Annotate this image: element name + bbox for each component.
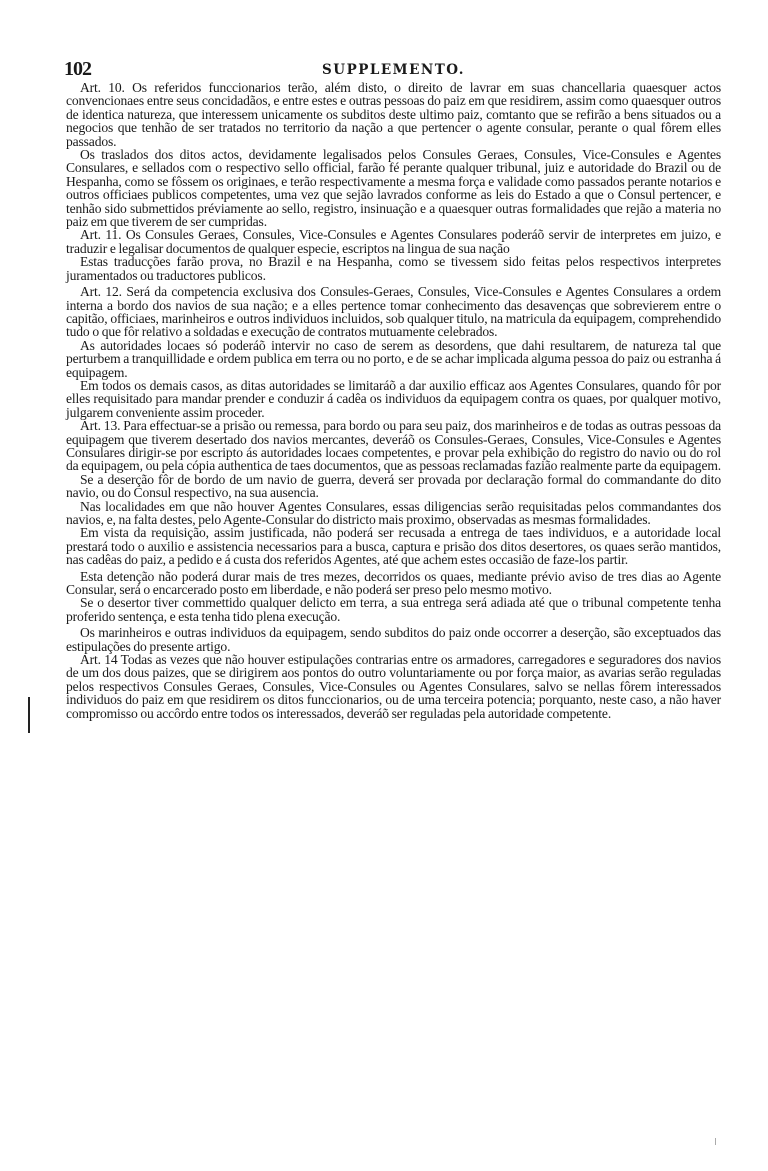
paragraph-marinheiros-subditos: Os marinheiros e outras individuos da eq… — [66, 626, 721, 653]
paragraph-traducoes: Estas traducções farão prova, no Brazil … — [66, 255, 721, 282]
scan-speck — [715, 1138, 716, 1145]
document-page: 102 SUPPLEMENTO. Art. 10. Os referidos f… — [66, 58, 721, 720]
page-header: 102 SUPPLEMENTO. — [66, 58, 721, 80]
paragraph-art-10: Art. 10. Os referidos funccionarios terã… — [66, 81, 721, 148]
margin-mark — [28, 697, 30, 733]
paragraph-localidades: Nas localidades em que não houver Agente… — [66, 500, 721, 527]
paragraph-autoridades-locaes: As autoridades locaes só poderáõ intervi… — [66, 339, 721, 379]
paragraph-demais-casos: Em todos os demais casos, as ditas autor… — [66, 379, 721, 419]
paragraph-art-11: Art. 11. Os Consules Geraes, Consules, V… — [66, 228, 721, 255]
paragraph-detencao: Esta detenção não poderá durar mais de t… — [66, 570, 721, 597]
running-title: SUPPLEMENTO. — [66, 62, 721, 78]
paragraph-art-12: Art. 12. Será da competencia exclusiva d… — [66, 285, 721, 339]
paragraph-desercao-guerra: Se a deserção fôr de bordo de um navio d… — [66, 473, 721, 500]
page-body: Art. 10. Os referidos funccionarios terã… — [66, 81, 721, 720]
paragraph-traslados: Os traslados dos ditos actos, devidament… — [66, 148, 721, 228]
paragraph-requisicao: Em vista da requisição, assim justificad… — [66, 526, 721, 566]
paragraph-art-14: Art. 14 Todas as vezes que não houver es… — [66, 653, 721, 720]
paragraph-art-13: Art. 13. Para effectuar-se a prisão ou r… — [66, 419, 721, 473]
paragraph-desertor-delicto: Se o desertor tiver commettido qualquer … — [66, 596, 721, 623]
